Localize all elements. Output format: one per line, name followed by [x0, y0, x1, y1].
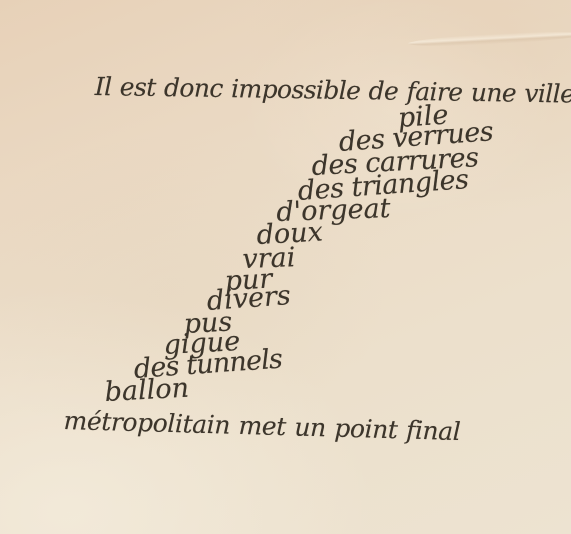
paper-crease	[408, 29, 571, 48]
manuscript-paper: Il est donc impossible de faire une vill…	[0, 0, 571, 534]
poem-line-ballon: ballon	[104, 375, 190, 406]
poem-line-closing: métropolitain met un point final	[63, 408, 460, 444]
poem-line-opening: Il est donc impossible de faire une vill…	[95, 74, 571, 107]
